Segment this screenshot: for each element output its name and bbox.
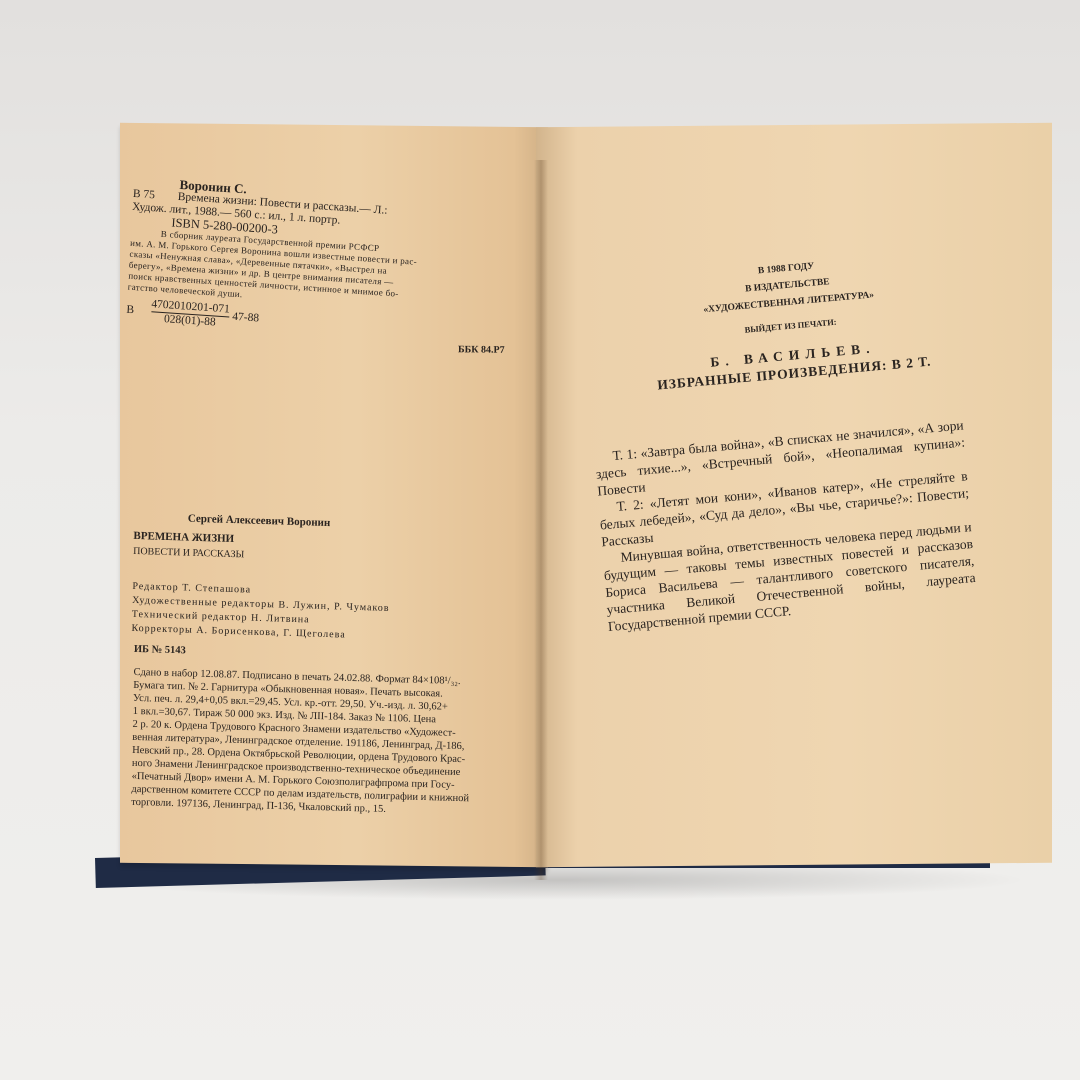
index-prefix: В [126, 304, 134, 316]
imprint-block: ИБ № 5143 Сдано в набор 12.08.87. Подпис… [131, 643, 534, 820]
left-page: Воронин С. В 75 Времена жизни: Повести и… [120, 123, 548, 867]
book-gutter [534, 160, 548, 880]
right-page: В 1988 ГОДУ В ИЗДАТЕЛЬСТВЕ «ХУДОЖЕСТВЕНН… [536, 123, 1052, 868]
announcement: В 1988 ГОДУ В ИЗДАТЕЛЬСТВЕ «ХУДОЖЕСТВЕНН… [606, 245, 974, 398]
catalog-code: В 75 [133, 188, 156, 201]
credits-staff: Редактор Т. СтепашоваХудожественные реда… [131, 580, 532, 649]
description: Т. 1: «Завтра была война», «В списках не… [594, 416, 978, 635]
catalog-card: Воронин С. В 75 Времена жизни: Повести и… [126, 175, 534, 350]
index-suffix: 47-88 [232, 311, 259, 325]
bbk-code: ББК 84.Р7 [458, 344, 505, 355]
credits-block: Сергей Алексеевич Воронин ВРЕМЕНА ЖИЗНИ … [131, 511, 534, 649]
imprint-text: Сдано в набор 12.08.87. Подписано в печа… [131, 666, 533, 820]
